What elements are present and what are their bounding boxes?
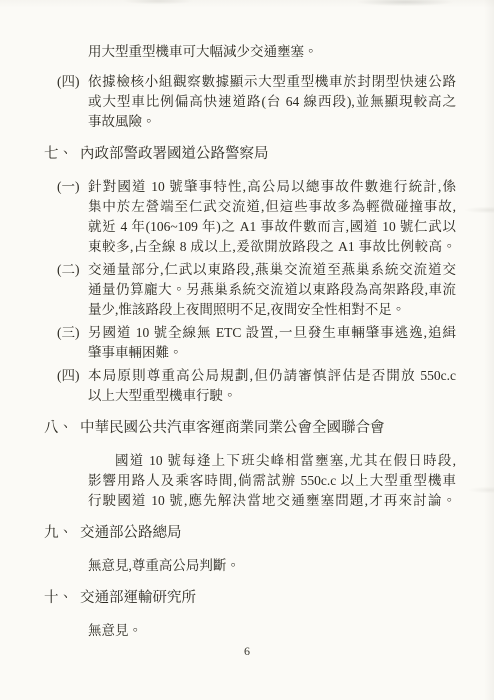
section-heading-10: 十、交通部運輸研究所 (44, 588, 494, 609)
text-line: 集中於左營端至仁武交流道,但這些事故多為輕微碰撞事故, (88, 197, 456, 217)
item-label: (二) (57, 260, 88, 280)
text-line: 無意見。 (88, 621, 456, 641)
text-line: 無意見,尊重高公局判斷。 (88, 556, 456, 576)
section-heading-8: 八、中華民國公共汽車客運商業同業公會全國聯合會 (44, 418, 494, 439)
text-line: 以上大型重型機車行駛。 (88, 386, 456, 406)
carryover-paragraph: 用大型重型機車可大幅減少交通壅塞。 (88, 42, 456, 62)
item-body: 交通量部分,仁武以東路段,燕巢交流道至燕巢系統交流道交 通量仍算龐大。另燕巢系統… (88, 260, 456, 320)
page-number: 6 (0, 644, 494, 659)
text-line: 影響用路人及乘客時間,倘需試辦 550c.c 以上大型重型機車 (88, 471, 456, 491)
item-body: 針對國道 10 號肇事特性,高公局以總事故件數進行統計,係 集中於左營端至仁武交… (88, 177, 456, 257)
section-8-paragraph: 國道 10 號每逢上下班尖峰相當壅塞,尤其在假日時段, 影響用路人及乘客時間,倘… (88, 451, 456, 511)
document-content: 用大型重型機車可大幅減少交通壅塞。 (四) 依據檢核小組觀察數據顯示大型重型機車… (0, 42, 494, 641)
list-item-7-3: (三) 另國道 10 號全線無 ETC 設置,一旦發生車輛肇事逃逸,追緝 肇事車… (57, 323, 494, 363)
section-number: 九、 (44, 523, 80, 544)
text-line: 東較多,占全線 8 成以上,爰欲開放路段之 A1 事故比例較高。 (88, 237, 456, 257)
text-line: 另國道 10 號全線無 ETC 設置,一旦發生車輛肇事逃逸,追緝 (88, 323, 456, 343)
list-item-7-1: (一) 針對國道 10 號肇事特性,高公局以總事故件數進行統計,係 集中於左營端… (57, 177, 494, 257)
section-9-paragraph: 無意見,尊重高公局判斷。 (88, 556, 456, 576)
text-line: 事故風險。 (88, 112, 456, 132)
text-line: 本局原則尊重高公局規劃,但仍請審慎評估是否開放 550c.c (88, 366, 456, 386)
section-title: 交通部運輸研究所 (80, 590, 196, 606)
list-item-7-4: (四) 本局原則尊重高公局規劃,但仍請審慎評估是否開放 550c.c 以上大型重… (57, 366, 494, 406)
text-line: 針對國道 10 號肇事特性,高公局以總事故件數進行統計,係 (88, 177, 456, 197)
section-number: 八、 (44, 418, 80, 439)
list-item-prev-section-4: (四) 依據檢核小組觀察數據顯示大型重型機車於封閉型快速公路 或大型車比例偏高快… (57, 72, 494, 132)
scanned-document-page: 用大型重型機車可大幅減少交通壅塞。 (四) 依據檢核小組觀察數據顯示大型重型機車… (0, 0, 494, 700)
text-line: 量少,惟該路段上夜間照明不足,夜間安全性相對不足。 (88, 300, 456, 320)
text-line: 肇事車輛困難。 (88, 343, 456, 363)
item-label: (四) (57, 366, 88, 386)
section-heading-7: 七、內政部警政署國道公路警察局 (44, 144, 494, 165)
section-title: 中華民國公共汽車客運商業同業公會全國聯合會 (80, 420, 385, 436)
section-10-paragraph: 無意見。 (88, 621, 456, 641)
text-line: 國道 10 號每逢上下班尖峰相當壅塞,尤其在假日時段, (88, 451, 456, 471)
text-line: 行駛國道 10 號,應先解決當地交通壅塞問題,才再來討論。 (88, 491, 456, 511)
section-title: 交通部公路總局 (80, 525, 182, 541)
item-label: (三) (57, 323, 88, 343)
section-number: 十、 (44, 588, 80, 609)
item-body: 另國道 10 號全線無 ETC 設置,一旦發生車輛肇事逃逸,追緝 肇事車輛困難。 (88, 323, 456, 363)
text-line: 交通量部分,仁武以東路段,燕巢交流道至燕巢系統交流道交 (88, 260, 456, 280)
text-line: 通量仍算龐大。另燕巢系統交流道以東路段為高架路段,車流 (88, 280, 456, 300)
section-number: 七、 (44, 144, 80, 165)
section-title: 內政部警政署國道公路警察局 (80, 146, 269, 162)
section-heading-9: 九、交通部公路總局 (44, 523, 494, 544)
text-line: 或大型車比例偏高快速道路(台 64 線西段),並無顯現較高之 (88, 92, 456, 112)
item-label: (四) (57, 72, 88, 92)
list-item-7-2: (二) 交通量部分,仁武以東路段,燕巢交流道至燕巢系統交流道交 通量仍算龐大。另… (57, 260, 494, 320)
text-line: 依據檢核小組觀察數據顯示大型重型機車於封閉型快速公路 (88, 72, 456, 92)
text-line: 用大型重型機車可大幅減少交通壅塞。 (88, 42, 456, 62)
item-body: 本局原則尊重高公局規劃,但仍請審慎評估是否開放 550c.c 以上大型重型機車行… (88, 366, 456, 406)
text-line: 就近 4 年(106~109 年)之 A1 事故件數而言,國道 10 號仁武以 (88, 217, 456, 237)
item-label: (一) (57, 177, 88, 197)
item-body: 依據檢核小組觀察數據顯示大型重型機車於封閉型快速公路 或大型車比例偏高快速道路(… (88, 72, 456, 132)
